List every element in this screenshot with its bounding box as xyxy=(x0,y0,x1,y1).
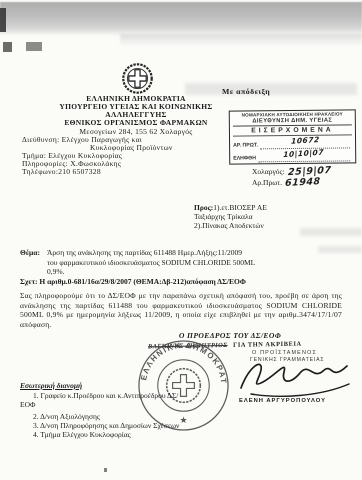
scanned-document-page: ΕΛΛΗΝΙΚΗ ΔΗΜΟΚΡΑΤΙΑ ΥΠΟΥΡΓΕΙΟ ΥΓΕΙΑΣ ΚΑΙ… xyxy=(0,0,362,480)
certify-label: ΓΙΑ ΤΗΝ ΑΚΡΙΒΕΙΑ xyxy=(233,341,302,349)
round-stamp-text: ΕΛΛΗΝΙΚΗ ΔΗΜΟΚΡΑΤΙΑ xyxy=(136,338,228,385)
protocol-label: Αρ.Πρωτ. xyxy=(252,178,282,187)
registry-received-date-handwritten: 10|10|07 xyxy=(283,148,324,159)
recipients-block: Προς:1).ετ.ΒΙΟΣΕΡ ΑΕ Ταξιάρχης Τρίκαλα 2… xyxy=(194,203,344,230)
protocol-number-handwritten: 61948 xyxy=(285,176,321,189)
distribution-item-1: 1. Γραφείο κ.Προέδρου και κ.Αντιπροέδρου… xyxy=(20,391,182,409)
recipients-label: Προς: xyxy=(194,203,213,212)
delivery-note: Με απόδειξη xyxy=(222,87,270,96)
scan-speck xyxy=(3,42,12,52)
recipient-line-3: 2).Πίνακας Αποδεκτών xyxy=(194,221,344,230)
registry-received-label: ΕΛΗΦΘΗ xyxy=(233,155,256,162)
incoming-registry-stamp: ΝΟΜΑΡΧΙΑΚΗ ΑΥΤΟΔΙΟΙΚΗΣΗ ΗΡΑΚΛΕΙΟΥ ΔΙΕΥΘΥ… xyxy=(229,109,357,164)
recipient-line-1: Προς:1).ετ.ΒΙΟΣΕΡ ΑΕ xyxy=(194,203,344,212)
svg-text:ΕΛΛΗΝΙΚΗ ΔΗΜΟΚΡΑΤΙΑ: ΕΛΛΗΝΙΚΗ ΔΗΜΟΚΡΑΤΙΑ xyxy=(136,338,228,385)
registry-received-row: ΕΛΗΦΘΗ 10|10|07 xyxy=(233,148,352,162)
scan-speck xyxy=(26,42,42,51)
protocol-row: Αρ.Πρωτ.61948 xyxy=(252,177,321,188)
subject-line-3: 0,9%. xyxy=(47,267,347,277)
recipient-line-2: Ταξιάρχης Τρίκαλα xyxy=(194,212,344,221)
body-paragraph: Σας πληροφορούμε ότι το ΔΣ/ΕΟΦ με την πα… xyxy=(20,291,342,329)
signature-icon xyxy=(233,354,355,400)
registry-protocol-number-handwritten: 10672 xyxy=(291,135,320,145)
scan-speck xyxy=(0,8,6,32)
subject-text: Άρση της ανάκλησης της παρτίδας 611488 Η… xyxy=(47,248,347,277)
distribution-item-4: 4. Τμήμα Ελέγχου Κυκλοφορίας xyxy=(20,430,190,439)
distribution-title: Εσωτερική διανομή xyxy=(20,381,82,390)
scan-speck xyxy=(104,468,107,472)
registry-protocol-label: ΑΡ. ΠΡΩΤ. xyxy=(233,142,258,149)
reference-line: Σχετ: Η αριθμ.0-681/16α/29/8/2007 (ΘΕΜΑ:… xyxy=(20,277,350,286)
scan-smudge-band-2 xyxy=(120,34,362,46)
distribution-item-3: 3. Δ/νση Πληροφόρησης και Δημοσίων Σχέσε… xyxy=(20,421,190,430)
organization-line: ΕΘΝΙΚΟΣ ΟΡΓΑΝΙΣΜΟΣ ΦΑΡΜΑΚΩΝ xyxy=(18,119,254,127)
scan-smudge-band xyxy=(0,2,362,36)
distribution-list: 1. Γραφείο κ.Προέδρου και κ.Αντιπροέδρου… xyxy=(20,391,190,439)
distribution-item-2: 2. Δ/νση Αξιολόγησης xyxy=(20,412,190,421)
subject-line-2: του φαρμακευτικού ιδιοσκευάσματος SODIUM… xyxy=(47,258,347,268)
signer-name: ΕΛΕΝΗ ΑΡΓΥΡΟΠΟΥΛΟΥ xyxy=(239,398,326,404)
scan-wash xyxy=(185,83,357,95)
city-label: Χολαργός: xyxy=(252,167,285,176)
greek-state-emblem-icon xyxy=(121,62,154,95)
recipient-1: 1).ετ.ΒΙΟΣΕΡ ΑΕ xyxy=(213,203,267,212)
subject-line-1: Άρση της ανάκλησης της παρτίδας 611488 Η… xyxy=(47,248,347,258)
phone-line: Τηλέφωνο:210 6507328 xyxy=(22,168,242,176)
subject-label: Θέμα: xyxy=(20,248,40,257)
